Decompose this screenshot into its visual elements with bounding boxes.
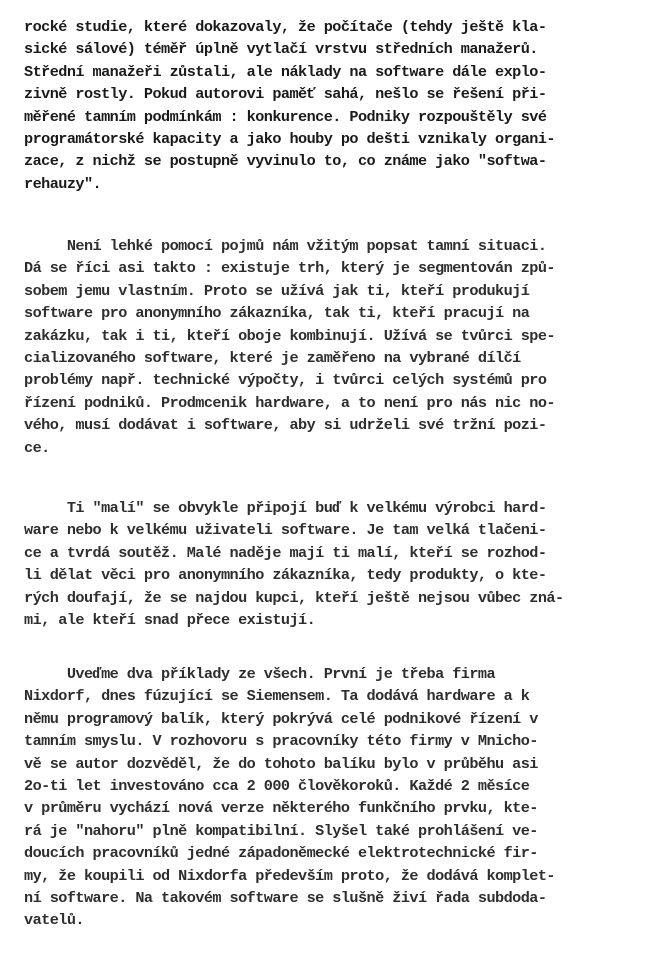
text-line: řízení podniků. Prodmcenik hardware, a t…	[24, 392, 654, 414]
text-line: my, že koupili od Nixdorfa především pro…	[24, 865, 654, 887]
text-line: Uveďme dva příklady ze všech. První je t…	[24, 663, 654, 685]
text-line: ní software. Na takovém software se sluš…	[24, 887, 654, 909]
text-line: ce a tvrdá soutěž. Malé naděje mají ti m…	[24, 542, 654, 564]
text-line: rocké studie, které dokazovaly, že počít…	[24, 16, 654, 38]
text-line: programátorské kapacity a jako houby po …	[24, 128, 654, 150]
text-line: vatelů.	[24, 909, 654, 931]
text-line: software pro anonymního zákazníka, tak t…	[24, 302, 654, 324]
text-line: měřené tamním podmínkám : konkurence. Po…	[24, 106, 654, 128]
text-line: 2o-ti let investováno cca 2 000 člověkor…	[24, 775, 654, 797]
text-line: Není lehké pomocí pojmů nám vžitým popsa…	[24, 235, 654, 257]
text-line: sobem jemu vlastním. Proto se užívá jak …	[24, 280, 654, 302]
text-line: v průměru vychází nová verze některého f…	[24, 797, 654, 819]
text-line: cializovaného software, které je zaměřen…	[24, 347, 654, 369]
text-line: rá je "nahoru" plně kompatibilní. Slyšel…	[24, 820, 654, 842]
text-line: ce.	[24, 437, 654, 459]
text-line: Střední manažeři zůstali, ale náklady na…	[24, 61, 654, 83]
text-line: vě se autor dozvěděl, že do tohoto balík…	[24, 753, 654, 775]
text-line: zivně rostly. Pokud autorovi paměť sahá,…	[24, 83, 654, 105]
paragraph-1: rocké studie, které dokazovaly, že počít…	[24, 16, 654, 195]
text-line: problémy např. technické výpočty, i tvůr…	[24, 369, 654, 391]
text-line: Dá se říci asi takto : existuje trh, kte…	[24, 257, 654, 279]
text-line: Nixdorf, dnes fúzující se Siemensem. Ta …	[24, 685, 654, 707]
paragraph-3: Ti "malí" se obvykle připojí buď k velké…	[24, 497, 654, 631]
scanned-typewritten-page: rocké studie, které dokazovaly, že počít…	[0, 0, 665, 967]
text-line: Ti "malí" se obvykle připojí buď k velké…	[24, 497, 654, 519]
text-line: tamním smyslu. V rozhovoru s pracovníky …	[24, 730, 654, 752]
text-line: zakázku, tak i ti, kteří oboje kombinují…	[24, 325, 654, 347]
paragraph-2: Není lehké pomocí pojmů nám vžitým popsa…	[24, 235, 654, 459]
text-line: doucích pracovníků jedné západoněmecké e…	[24, 842, 654, 864]
text-line: mi, ale kteří snad přece existují.	[24, 609, 654, 631]
paragraph-4: Uveďme dva příklady ze všech. První je t…	[24, 663, 654, 932]
text-line: němu programový balík, který pokrývá cel…	[24, 708, 654, 730]
text-line: rých doufají, že se najdou kupci, kteří …	[24, 587, 654, 609]
text-line: li dělat věci pro anonymního zákazníka, …	[24, 564, 654, 586]
text-line: zace, z nichž se postupně vyvinulo to, c…	[24, 150, 654, 172]
text-line: vého, musí dodávat i software, aby si ud…	[24, 414, 654, 436]
text-line: sické sálové) téměř úplně vytlačí vrstvu…	[24, 38, 654, 60]
text-line: ware nebo k velkému uživateli software. …	[24, 519, 654, 541]
text-line: rehauzy".	[24, 173, 654, 195]
